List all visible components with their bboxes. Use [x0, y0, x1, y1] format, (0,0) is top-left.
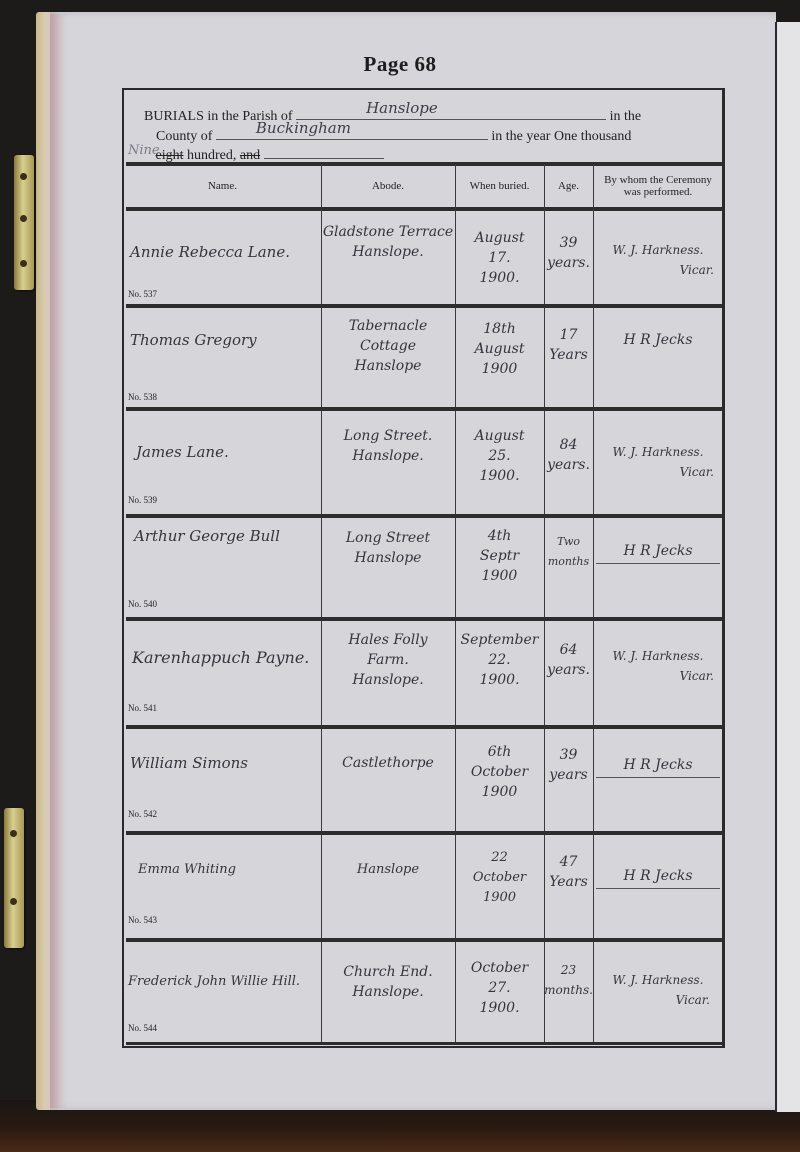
column-divider: [455, 164, 456, 1044]
burial-year: 1900: [455, 359, 544, 379]
officiant-title: Vicar.: [596, 666, 720, 686]
header-top-rule: [126, 162, 722, 166]
entry-number: No. 541: [128, 703, 157, 713]
abode-line: Hanslope: [321, 548, 455, 568]
age-value: 17: [544, 325, 593, 345]
entry-abode: Church End. Hanslope.: [321, 962, 455, 1002]
abode-line: Farm.: [321, 650, 455, 670]
abode-line: Long Street: [321, 528, 455, 548]
entry-abode: Long Street. Hanslope.: [321, 426, 455, 466]
parish-suffix: in the: [610, 109, 642, 124]
entry-age: Two months: [544, 532, 593, 572]
row-rule: [126, 304, 722, 308]
page-edge-stain: [50, 14, 68, 1108]
rivet-icon: [20, 173, 27, 180]
row-rule: [126, 514, 722, 518]
entry-officiant: W. J. Harkness. Vicar.: [596, 442, 720, 482]
entry-name-text: Arthur George Bull: [134, 527, 280, 545]
entry-officiant: W. J. Harkness. Vicar.: [596, 970, 720, 1010]
age-unit: months.: [544, 980, 593, 1000]
entry-officiant: W. J. Harkness. Vicar.: [596, 240, 720, 280]
parish-line: BURIALS in the Parish of Hanslope in the: [144, 103, 641, 125]
entry-officiant: H R Jecks: [596, 866, 720, 889]
entry-officiant: H R Jecks: [596, 330, 720, 350]
entry-abode: Tabernacle Cottage Hanslope: [321, 316, 455, 376]
year-label: in the year One thousand: [491, 129, 631, 144]
abode-line: Hanslope: [321, 860, 455, 880]
officiant-title: Vicar.: [596, 260, 720, 280]
age-value: 84: [544, 435, 593, 455]
year-field: [264, 142, 384, 159]
entry-officiant: W. J. Harkness. Vicar.: [596, 646, 720, 686]
burial-year: 1900.: [455, 670, 544, 690]
officiant-name: H R Jecks: [596, 866, 720, 889]
burial-day: 22: [455, 848, 544, 868]
burial-month: August: [455, 228, 544, 248]
abode-line: Church End.: [321, 962, 455, 982]
column-header-age: Age.: [544, 180, 593, 192]
burial-register-table: BURIALS in the Parish of Hanslope in the…: [122, 88, 725, 1048]
county-field: Buckingham: [216, 123, 488, 140]
age-unit: years.: [544, 455, 593, 475]
row-rule: [126, 725, 722, 729]
burial-day: 18th: [455, 319, 544, 339]
entry-abode: Castlethorpe: [321, 753, 455, 773]
column-divider: [593, 164, 594, 1044]
burial-year: 1900.: [455, 466, 544, 486]
age-value: 47: [544, 852, 593, 872]
officiant-name: W. J. Harkness.: [596, 442, 720, 462]
row-rule: [126, 407, 722, 411]
burial-day: 25.: [455, 446, 544, 466]
entry-number: No. 543: [128, 915, 157, 925]
officiant-name: W. J. Harkness.: [596, 646, 720, 666]
parish-field: Hanslope: [296, 103, 606, 120]
abode-line: Hanslope.: [321, 242, 455, 262]
burial-month: October: [455, 868, 544, 888]
facing-page-sliver: [775, 22, 800, 1112]
entry-abode: Gladstone Terrace Hanslope.: [321, 222, 455, 262]
abode-line: Hanslope: [321, 356, 455, 376]
entry-when-buried: October 27. 1900.: [455, 958, 544, 1018]
entry-age: 17 Years: [544, 325, 593, 365]
column-divider: [544, 164, 545, 1044]
burial-month: August: [455, 426, 544, 446]
rivet-icon: [10, 898, 17, 905]
age-value: 39: [544, 745, 593, 765]
entry-abode: Hanslope: [321, 860, 455, 880]
entry-name: Emma Whiting: [138, 860, 236, 880]
county-value: Buckingham: [256, 119, 351, 137]
burial-day: 6th: [455, 742, 544, 762]
entry-when-buried: August 17. 1900.: [455, 228, 544, 288]
abode-line: Cottage: [321, 336, 455, 356]
burial-year: 1900: [455, 566, 544, 586]
officiant-name: H R Jecks: [596, 541, 720, 564]
brass-clasp-top: [14, 155, 34, 290]
entry-number: No. 540: [128, 599, 157, 609]
burial-month: August: [455, 339, 544, 359]
parish-value: Hanslope: [366, 99, 438, 117]
row-rule: [126, 831, 722, 835]
entry-age: 84 years.: [544, 435, 593, 475]
entry-age: 64 years.: [544, 640, 593, 680]
officiant-name: H R Jecks: [596, 330, 720, 350]
column-header-when-buried: When buried.: [455, 180, 544, 192]
burial-year: 1900.: [455, 268, 544, 288]
entry-age: 39 years: [544, 745, 593, 785]
entry-age: 47 Years: [544, 852, 593, 892]
burial-day: 17.: [455, 248, 544, 268]
entry-abode: Hales Folly Farm. Hanslope.: [321, 630, 455, 690]
entry-name: Arthur George Bull: [134, 526, 314, 546]
entry-when-buried: September 22. 1900.: [455, 630, 544, 690]
age-value: 23: [544, 960, 593, 980]
burial-month: October: [455, 958, 544, 978]
abode-line: Hanslope.: [321, 670, 455, 690]
age-value: 64: [544, 640, 593, 660]
abode-line: Long Street.: [321, 426, 455, 446]
abode-line: Castlethorpe: [321, 753, 455, 773]
entry-number: No. 542: [128, 809, 157, 819]
hundred-text: hundred,: [187, 148, 236, 163]
burial-month: Septr: [455, 546, 544, 566]
abode-line: Hanslope.: [321, 446, 455, 466]
entry-age: 23 months.: [544, 960, 593, 1000]
age-value: 39: [544, 233, 593, 253]
age-unit: Years: [544, 345, 593, 365]
column-header-name: Name.: [124, 180, 321, 192]
entry-when-buried: August 25. 1900.: [455, 426, 544, 486]
burial-day: 27.: [455, 978, 544, 998]
entry-number: No. 544: [128, 1023, 157, 1033]
page-title: Page 68: [0, 52, 800, 77]
entry-number: No. 539: [128, 495, 157, 505]
officiant-name: W. J. Harkness.: [596, 240, 720, 260]
burial-month: October: [455, 762, 544, 782]
age-unit: Years: [544, 872, 593, 892]
entry-name: James Lane.: [136, 442, 229, 462]
abode-line: Hanslope.: [321, 982, 455, 1002]
entry-when-buried: 18th August 1900: [455, 319, 544, 379]
row-rule: [126, 938, 722, 942]
entry-name: Thomas Gregory: [130, 330, 257, 350]
entry-number: No. 538: [128, 392, 157, 402]
burial-year: 1900: [455, 782, 544, 802]
struck-and: and: [240, 148, 260, 163]
brass-clasp-bottom: [4, 808, 24, 948]
officiant-title: Vicar.: [596, 990, 720, 1010]
column-header-officiant: By whom the Ceremony was performed.: [598, 174, 718, 198]
column-divider: [321, 164, 322, 1044]
entry-name: William Simons: [130, 753, 248, 773]
rivet-icon: [10, 830, 17, 837]
entry-when-buried: 22 October 1900: [455, 848, 544, 908]
entry-officiant: H R Jecks: [596, 541, 720, 564]
entry-name: Karenhappuch Payne.: [132, 648, 309, 668]
burial-year: 1900: [455, 888, 544, 908]
officiant-title: Vicar.: [596, 462, 720, 482]
abode-line: Gladstone Terrace: [321, 222, 455, 242]
entry-number: No. 537: [128, 289, 157, 299]
entry-when-buried: 6th October 1900: [455, 742, 544, 802]
entry-abode: Long Street Hanslope: [321, 528, 455, 568]
burial-day: 4th: [455, 526, 544, 546]
entry-name: Frederick John Willie Hill.: [128, 972, 300, 992]
entry-name: Annie Rebecca Lane.: [130, 242, 290, 262]
column-header-abode: Abode.: [321, 180, 455, 192]
age-unit: years.: [544, 253, 593, 273]
row-rule: [126, 617, 722, 621]
burial-month: September: [455, 630, 544, 650]
age-unit: months: [544, 552, 593, 572]
age-unit: years: [544, 765, 593, 785]
entry-when-buried: 4th Septr 1900: [455, 526, 544, 586]
age-value: Two: [544, 532, 593, 552]
century-correction: Nine: [128, 143, 160, 158]
row-rule: [126, 1042, 722, 1045]
burial-year: 1900.: [455, 998, 544, 1018]
rivet-icon: [20, 215, 27, 222]
officiant-name: W. J. Harkness.: [596, 970, 720, 990]
entry-officiant: H R Jecks: [596, 755, 720, 778]
officiant-name: H R Jecks: [596, 755, 720, 778]
age-unit: years.: [544, 660, 593, 680]
burial-day: 22.: [455, 650, 544, 670]
entry-age: 39 years.: [544, 233, 593, 273]
rivet-icon: [20, 260, 27, 267]
abode-line: Hales Folly: [321, 630, 455, 650]
year-line: Nine eight hundred, and: [128, 142, 384, 164]
abode-line: Tabernacle: [321, 316, 455, 336]
header-bottom-rule: [126, 207, 722, 211]
